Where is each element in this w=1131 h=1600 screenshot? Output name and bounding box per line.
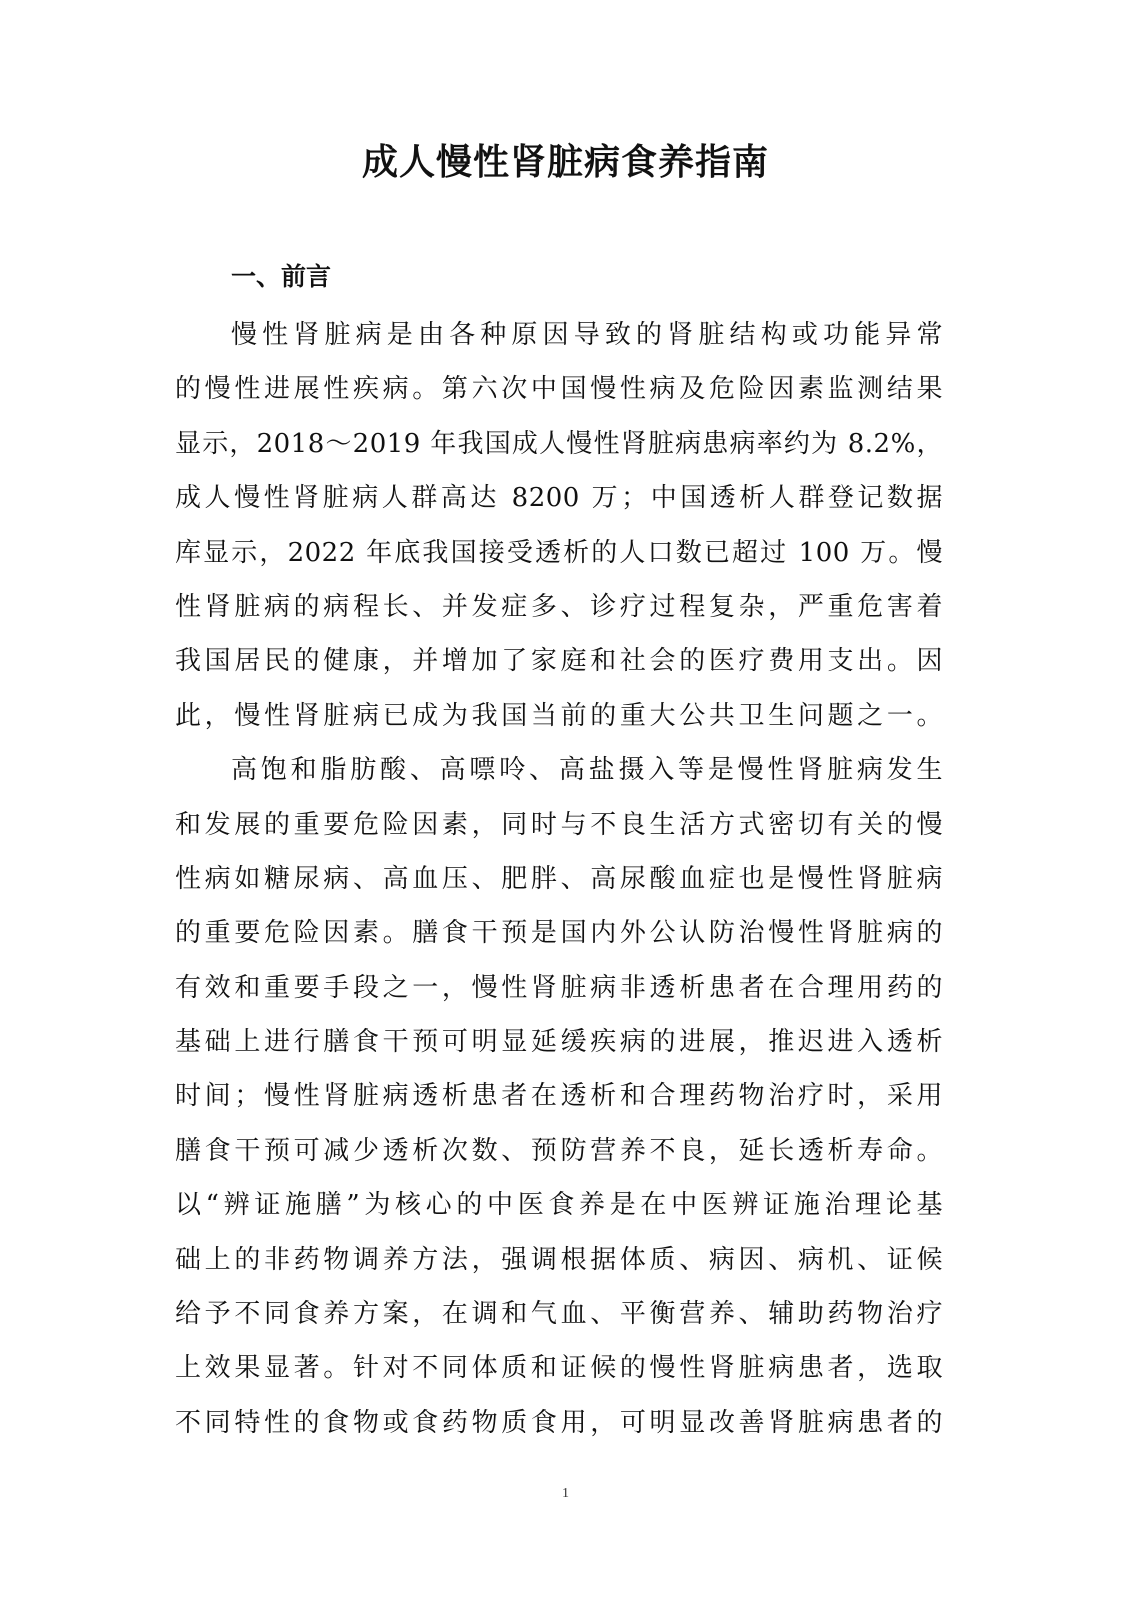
paragraph-2-line-4: 的重要危险因素。膳食干预是国内外公认防治慢性肾脏病的 (175, 906, 943, 960)
paragraph-1-line-1: 慢性肾脏病是由各种原因导致的肾脏结构或功能异常 (175, 308, 943, 362)
paragraph-2-line-9: 以“辨证施膳”为核心的中医食养是在中医辨证施治理论基 (175, 1178, 943, 1232)
section-heading-preface: 一、前言 (231, 257, 331, 297)
paragraph-2-line-7: 时间；慢性肾脏病透析患者在透析和合理药物治疗时，采用 (175, 1069, 943, 1123)
paragraph-2-line-2: 和发展的重要危险因素，同时与不良生活方式密切有关的慢 (175, 798, 943, 852)
paragraph-1-line-6: 性肾脏病的病程长、并发症多、诊疗过程复杂，严重危害着 (175, 580, 943, 634)
paragraph-2-line-10: 础上的非药物调养方法，强调根据体质、病因、病机、证候 (175, 1233, 943, 1287)
document-page: 成人慢性肾脏病食养指南 一、前言 慢性肾脏病是由各种原因导致的肾脏结构或功能异常… (0, 0, 1131, 1600)
paragraph-1-line-8: 此，慢性肾脏病已成为我国当前的重大公共卫生问题之一。 (175, 689, 943, 743)
paragraph-2-line-5: 有效和重要手段之一，慢性肾脏病非透析患者在合理用药的 (175, 961, 943, 1015)
paragraph-2-line-11: 给予不同食养方案，在调和气血、平衡营养、辅助药物治疗 (175, 1287, 943, 1341)
page-number: 1 (0, 1486, 1131, 1502)
paragraph-2-line-6: 基础上进行膳食干预可明显延缓疾病的进展，推迟进入透析 (175, 1015, 943, 1069)
paragraph-1-line-2: 的慢性进展性疾病。第六次中国慢性病及危险因素监测结果 (175, 362, 943, 416)
body-text: 慢性肾脏病是由各种原因导致的肾脏结构或功能异常 的慢性进展性疾病。第六次中国慢性… (175, 308, 943, 1450)
paragraph-1-line-4: 成人慢性肾脏病人群高达 8200 万；中国透析人群登记数据 (175, 471, 943, 525)
document-title: 成人慢性肾脏病食养指南 (0, 138, 1131, 188)
paragraph-2-line-13: 不同特性的食物或食药物质食用，可明显改善肾脏病患者的 (175, 1396, 943, 1450)
paragraph-2-line-3: 性病如糖尿病、高血压、肥胖、高尿酸血症也是慢性肾脏病 (175, 852, 943, 906)
paragraph-2-line-8: 膳食干预可减少透析次数、预防营养不良，延长透析寿命。 (175, 1124, 943, 1178)
paragraph-2-line-1: 高饱和脂肪酸、高嘌呤、高盐摄入等是慢性肾脏病发生 (175, 743, 943, 797)
paragraph-1-line-3: 显示，2018～2019 年我国成人慢性肾脏病患病率约为 8.2%， (175, 417, 943, 471)
paragraph-1-line-7: 我国居民的健康，并增加了家庭和社会的医疗费用支出。因 (175, 634, 943, 688)
paragraph-1-line-5: 库显示，2022 年底我国接受透析的人口数已超过 100 万。慢 (175, 526, 943, 580)
paragraph-2-line-12: 上效果显著。针对不同体质和证候的慢性肾脏病患者，选取 (175, 1341, 943, 1395)
